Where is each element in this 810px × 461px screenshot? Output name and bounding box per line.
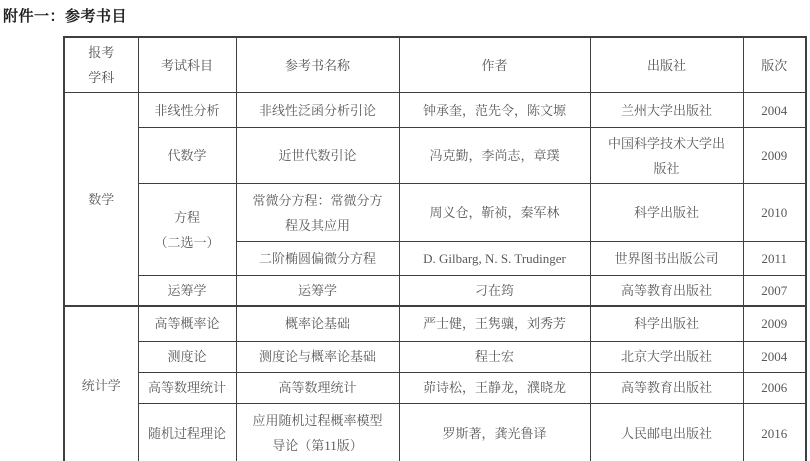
publisher-cell: 高等教育出版社 <box>590 276 743 307</box>
table-row: 测度论 测度论与概率论基础 程士宏 北京大学出版社 2004 <box>64 341 806 372</box>
document-page: 附件一：参考书目 报考 学科 考试科目 参考书名称 作者 出版社 版次 数学 非… <box>0 0 810 461</box>
author-cell: 程士宏 <box>399 341 590 372</box>
edition-cell: 2011 <box>743 242 806 276</box>
author-cell: 钟承奎，范先令，陈文塬 <box>399 93 590 128</box>
course-cell: 高等数理统计 <box>138 372 236 403</box>
subject-cell: 统计学 <box>64 306 138 461</box>
edition-cell: 2004 <box>743 93 806 128</box>
publisher-cell: 科学出版社 <box>590 306 743 341</box>
author-cell: 严士健，王隽骧，刘秀芳 <box>399 306 590 341</box>
publisher-cell: 世界图书出版公司 <box>590 242 743 276</box>
author-cell: 罗斯著，龚光鲁译 <box>399 403 590 461</box>
book-cell: 概率论基础 <box>236 306 399 341</box>
edition-cell: 2010 <box>743 184 806 242</box>
header-book: 参考书名称 <box>236 37 399 93</box>
publisher-cell: 兰州大学出版社 <box>590 93 743 128</box>
course-cell: 测度论 <box>138 341 236 372</box>
edition-cell: 2006 <box>743 372 806 403</box>
book-cell: 测度论与概率论基础 <box>236 341 399 372</box>
edition-cell: 2009 <box>743 306 806 341</box>
subject-cell: 数学 <box>64 93 138 307</box>
edition-cell: 2004 <box>743 341 806 372</box>
header-subject: 报考 学科 <box>64 37 138 93</box>
page-heading: 附件一：参考书目 <box>3 5 127 26</box>
table-row: 代数学 近世代数引论 冯克勤，李尚志，章璞 中国科学技术大学出 版社 2009 <box>64 128 806 184</box>
author-cell: D. Gilbarg, N. S. Trudinger <box>399 242 590 276</box>
table-row: 随机过程理论 应用随机过程概率模型 导论（第11版） 罗斯著，龚光鲁译 人民邮电… <box>64 403 806 461</box>
book-cell: 非线性泛函分析引论 <box>236 93 399 128</box>
author-cell: 周义仓，靳祯，秦军林 <box>399 184 590 242</box>
book-cell: 运筹学 <box>236 276 399 307</box>
book-cell: 二阶椭圆偏微分方程 <box>236 242 399 276</box>
author-cell: 刁在筠 <box>399 276 590 307</box>
edition-cell: 2016 <box>743 403 806 461</box>
edition-cell: 2009 <box>743 128 806 184</box>
header-row: 报考 学科 考试科目 参考书名称 作者 出版社 版次 <box>64 37 806 93</box>
table-row: 方程 （二选一） 常微分方程：常微分方 程及其应用 周义仓，靳祯，秦军林 科学出… <box>64 184 806 242</box>
publisher-cell: 北京大学出版社 <box>590 341 743 372</box>
book-cell: 近世代数引论 <box>236 128 399 184</box>
reference-book-table: 报考 学科 考试科目 参考书名称 作者 出版社 版次 数学 非线性分析 非线性泛… <box>63 36 807 461</box>
edition-cell: 2007 <box>743 276 806 307</box>
table-row: 数学 非线性分析 非线性泛函分析引论 钟承奎，范先令，陈文塬 兰州大学出版社 2… <box>64 93 806 128</box>
header-author: 作者 <box>399 37 590 93</box>
publisher-cell: 高等教育出版社 <box>590 372 743 403</box>
course-cell: 随机过程理论 <box>138 403 236 461</box>
table-row: 高等数理统计 高等数理统计 茆诗松，王静龙，濮晓龙 高等教育出版社 2006 <box>64 372 806 403</box>
course-cell: 代数学 <box>138 128 236 184</box>
course-cell: 方程 （二选一） <box>138 184 236 276</box>
table-row: 统计学 高等概率论 概率论基础 严士健，王隽骧，刘秀芳 科学出版社 2009 <box>64 306 806 341</box>
course-cell: 高等概率论 <box>138 306 236 341</box>
table-row: 运筹学 运筹学 刁在筠 高等教育出版社 2007 <box>64 276 806 307</box>
book-cell: 高等数理统计 <box>236 372 399 403</box>
course-cell: 非线性分析 <box>138 93 236 128</box>
book-cell: 应用随机过程概率模型 导论（第11版） <box>236 403 399 461</box>
publisher-cell: 人民邮电出版社 <box>590 403 743 461</box>
header-publisher: 出版社 <box>590 37 743 93</box>
header-course: 考试科目 <box>138 37 236 93</box>
book-cell: 常微分方程：常微分方 程及其应用 <box>236 184 399 242</box>
author-cell: 茆诗松，王静龙，濮晓龙 <box>399 372 590 403</box>
publisher-cell: 中国科学技术大学出 版社 <box>590 128 743 184</box>
publisher-cell: 科学出版社 <box>590 184 743 242</box>
author-cell: 冯克勤，李尚志，章璞 <box>399 128 590 184</box>
course-cell: 运筹学 <box>138 276 236 307</box>
header-edition: 版次 <box>743 37 806 93</box>
